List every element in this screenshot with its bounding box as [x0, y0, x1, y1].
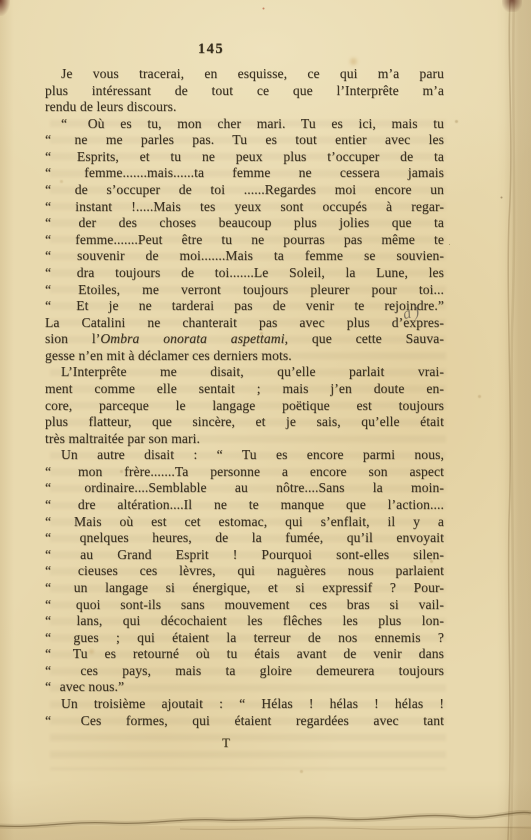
- text-line: “ avec nous.”: [45, 679, 444, 696]
- line-text: ment comme elle sentait ; mais j’en dout…: [45, 381, 444, 396]
- line-text: dra toujours de toi.......Le Soleil, la …: [77, 265, 444, 280]
- line-text: lans, qui décochaient les flêches les pl…: [77, 613, 444, 628]
- text-line: “ femme.......mais......ta femme ne cess…: [45, 165, 444, 182]
- quote-mark: “: [45, 132, 51, 147]
- quote-mark: “: [45, 613, 51, 628]
- text-line: “ femme.......Peut être tu ne pourras pa…: [45, 232, 444, 249]
- quote-mark: “: [45, 630, 51, 645]
- text-line: “ qnelques heures, de la fumée, qu’il en…: [45, 530, 444, 547]
- line-text: plus intéressant de tout ce que l’Interp…: [45, 83, 444, 98]
- line-text: Où es tu, mon cher mari. Tu es ici, mais…: [88, 116, 444, 131]
- text-line: “ de s’occuper de toi ......Regardes moi…: [45, 182, 444, 199]
- quote-mark: “: [45, 514, 51, 529]
- text-line: “ instant !.....Mais tes yeux sont occup…: [45, 199, 444, 216]
- text-line: core, parceque le langage poëtique est t…: [45, 398, 444, 415]
- line-text: Un autre disait : “ Tu es encore parmi n…: [61, 447, 444, 462]
- line-text: core, parceque le langage poëtique est t…: [45, 398, 444, 413]
- line-text: ne me parles pas. Tu es tout entier avec…: [74, 132, 444, 147]
- quote-mark: “: [45, 663, 51, 678]
- bottom-tear-crease: [0, 802, 531, 840]
- line-text: quoi sont-ils sans mouvement ces bras si…: [76, 597, 444, 612]
- quote-mark: “: [45, 580, 51, 595]
- line-text: L’Interprête me disait, qu’elle parlait …: [61, 364, 444, 379]
- text-line: “ cieuses ces lèvres, qui naguères nous …: [45, 563, 444, 580]
- corner-stain-top-right: [502, 0, 522, 12]
- line-text: qnelques heures, de la fumée, qu’il envo…: [80, 530, 444, 545]
- line-text: Tu es retourné où tu étais avant de veni…: [73, 646, 444, 661]
- text-line: “ Mais où est cet estomac, qui s’enflait…: [45, 514, 444, 531]
- line-text: Un troisième ajoutait : “ Hélas ! hélas …: [61, 696, 444, 711]
- text-line: “ quoi sont-ils sans mouvement ces bras …: [45, 597, 444, 614]
- text-line: Je vous tracerai, en esquisse, ce qui m’…: [45, 66, 444, 83]
- text-line: “ Où es tu, mon cher mari. Tu es ici, ma…: [45, 116, 444, 133]
- quote-mark: “: [45, 646, 51, 661]
- text-line: La Catalini ne chanterait pas avec plus …: [45, 315, 444, 332]
- page-number: 145: [186, 41, 236, 58]
- page-right-edge: [498, 0, 531, 840]
- line-text: Je vous tracerai, en esquisse, ce qui m’…: [61, 66, 444, 81]
- paper-below-tear: [0, 826, 531, 840]
- text-line: Un autre disait : “ Tu es encore parmi n…: [45, 447, 444, 464]
- line-text: Esprits, et tu ne peux plus t’occuper de…: [77, 149, 444, 164]
- quote-mark: “: [45, 547, 51, 562]
- line-text: Mais où est cet estomac, qui s’enflait, …: [74, 514, 444, 529]
- text-line: plus flatteur, que sincère, et je sais, …: [45, 414, 444, 431]
- quote-mark: “: [45, 713, 51, 728]
- line-text: gesse n’en mit à déclamer ces derniers m…: [45, 348, 292, 363]
- text-line: “ dra toujours de toi.......Le Soleil, l…: [45, 265, 444, 282]
- line-text: der des choses beaucoup plus jolies que …: [79, 215, 444, 230]
- book-page: 145 Je vous tracerai, en esquisse, ce qu…: [0, 0, 531, 840]
- text-line: “ gues ; qui étaient la terreur de nos e…: [45, 630, 444, 647]
- line-text: La Catalini ne chanterait pas avec plus …: [45, 315, 444, 330]
- line-text: cieuses ces lèvres, qui naguères nous pa…: [78, 563, 444, 578]
- quote-mark: “: [45, 248, 51, 263]
- quote-mark: “: [45, 232, 51, 247]
- text-line: rendu de leurs discours.: [45, 99, 444, 116]
- text-line: “ lans, qui décochaient les flêches les …: [45, 613, 444, 630]
- line-text: instant !.....Mais tes yeux sont occupés…: [75, 199, 444, 214]
- line-text: avec nous.”: [60, 679, 125, 694]
- quote-mark: “: [45, 182, 51, 197]
- line-text: souvenir de moi.......Mais ta femme se s…: [77, 248, 444, 263]
- quote-mark: “: [45, 464, 51, 479]
- text-line: “ ordinaire....Semblable au nôtre....San…: [45, 480, 444, 497]
- text-line: “ souvenir de moi.......Mais ta femme se…: [45, 248, 444, 265]
- quote-mark: “: [45, 165, 51, 180]
- quote-mark: “: [45, 563, 51, 578]
- text-line: “ der des choses beaucoup plus jolies qu…: [45, 215, 444, 232]
- text-line: plus intéressant de tout ce que l’Interp…: [45, 83, 444, 100]
- corner-stain-top-left: [0, 0, 10, 16]
- line-text: mon frère.......Ta personne a encore son…: [78, 464, 444, 479]
- text-line: “ ces pays, mais ta gloire demeurera tou…: [45, 663, 444, 680]
- line-text: sion l’: [45, 331, 100, 346]
- line-text: un langage si énergique, et si expressif…: [74, 580, 444, 595]
- quote-mark: “: [45, 199, 51, 214]
- text-block: Je vous tracerai, en esquisse, ce qui m’…: [45, 66, 444, 729]
- quote-mark: “: [61, 116, 67, 131]
- line-text: gues ; qui étaient la terreur de nos enn…: [73, 630, 444, 645]
- text-line: ment comme elle sentait ; mais j’en dout…: [45, 381, 444, 398]
- line-text: ces pays, mais ta gloire demeurera toujo…: [80, 663, 444, 678]
- text-line: “ ne me parles pas. Tu es tout entier av…: [45, 132, 444, 149]
- line-text: dre altération....Il ne te manque que l’…: [78, 497, 444, 512]
- text-line: “ dre altération....Il ne te manque que …: [45, 497, 444, 514]
- line-text: femme.......Peut être tu ne pourras pas …: [75, 232, 444, 247]
- line-text: femme.......mais......ta femme ne cesser…: [84, 165, 444, 180]
- line-text: plus flatteur, que sincère, et je sais, …: [45, 414, 444, 429]
- line-text: Et je ne tarderai pas de venir te rejoin…: [76, 298, 444, 313]
- italic-text: Ombra onorata aspettami: [100, 331, 284, 346]
- signature-mark: T: [206, 735, 246, 751]
- text-line: gesse n’en mit à déclamer ces derniers m…: [45, 348, 444, 365]
- quote-mark: “: [45, 530, 51, 545]
- quote-mark: “: [45, 215, 51, 230]
- line-text: de s’occuper de toi ......Regardes moi e…: [75, 182, 444, 197]
- quote-mark: “: [45, 282, 51, 297]
- line-text: très maltraitée par son mari.: [45, 431, 200, 446]
- text-line: sion l’Ombra onorata aspettami, que cett…: [45, 331, 444, 348]
- quote-mark: “: [45, 597, 51, 612]
- quote-mark: “: [45, 497, 51, 512]
- text-line: “ mon frère.......Ta personne a encore s…: [45, 464, 444, 481]
- line-text: au Grand Esprit ! Pourquoi sont-elles si…: [80, 547, 444, 562]
- text-line: très maltraitée par son mari.: [45, 431, 444, 448]
- quote-mark: “: [45, 679, 51, 694]
- text-line: “ Et je ne tarderai pas de venir te rejo…: [45, 298, 444, 315]
- line-text: ordinaire....Semblable au nôtre....Sans …: [84, 480, 444, 495]
- text-line: “ au Grand Esprit ! Pourquoi sont-elles …: [45, 547, 444, 564]
- quote-mark: “: [45, 480, 51, 495]
- text-line: “ un langage si énergique, et si express…: [45, 580, 444, 597]
- line-text: Ces formes, qui étaient regardées avec t…: [81, 713, 444, 728]
- line-text: rendu de leurs discours.: [45, 99, 177, 114]
- text-line: “ Etoiles, me verront toujours pleurer p…: [45, 282, 444, 299]
- text-line: “ Esprits, et tu ne peux plus t’occuper …: [45, 149, 444, 166]
- text-line: “ Ces formes, qui étaient regardées avec…: [45, 713, 444, 730]
- line-text: , que cette Sauva-: [285, 331, 444, 346]
- text-line: Un troisième ajoutait : “ Hélas ! hélas …: [45, 696, 444, 713]
- line-text: Etoiles, me verront toujours pleurer pou…: [78, 282, 444, 297]
- quote-mark: “: [45, 265, 51, 280]
- text-line: L’Interprête me disait, qu’elle parlait …: [45, 364, 444, 381]
- quote-mark: “: [45, 298, 51, 313]
- foxing-specks: [0, 0, 3, 3]
- quote-mark: “: [45, 149, 51, 164]
- text-line: “ Tu es retourné où tu étais avant de ve…: [45, 646, 444, 663]
- page-edge-shade: [504, 0, 531, 840]
